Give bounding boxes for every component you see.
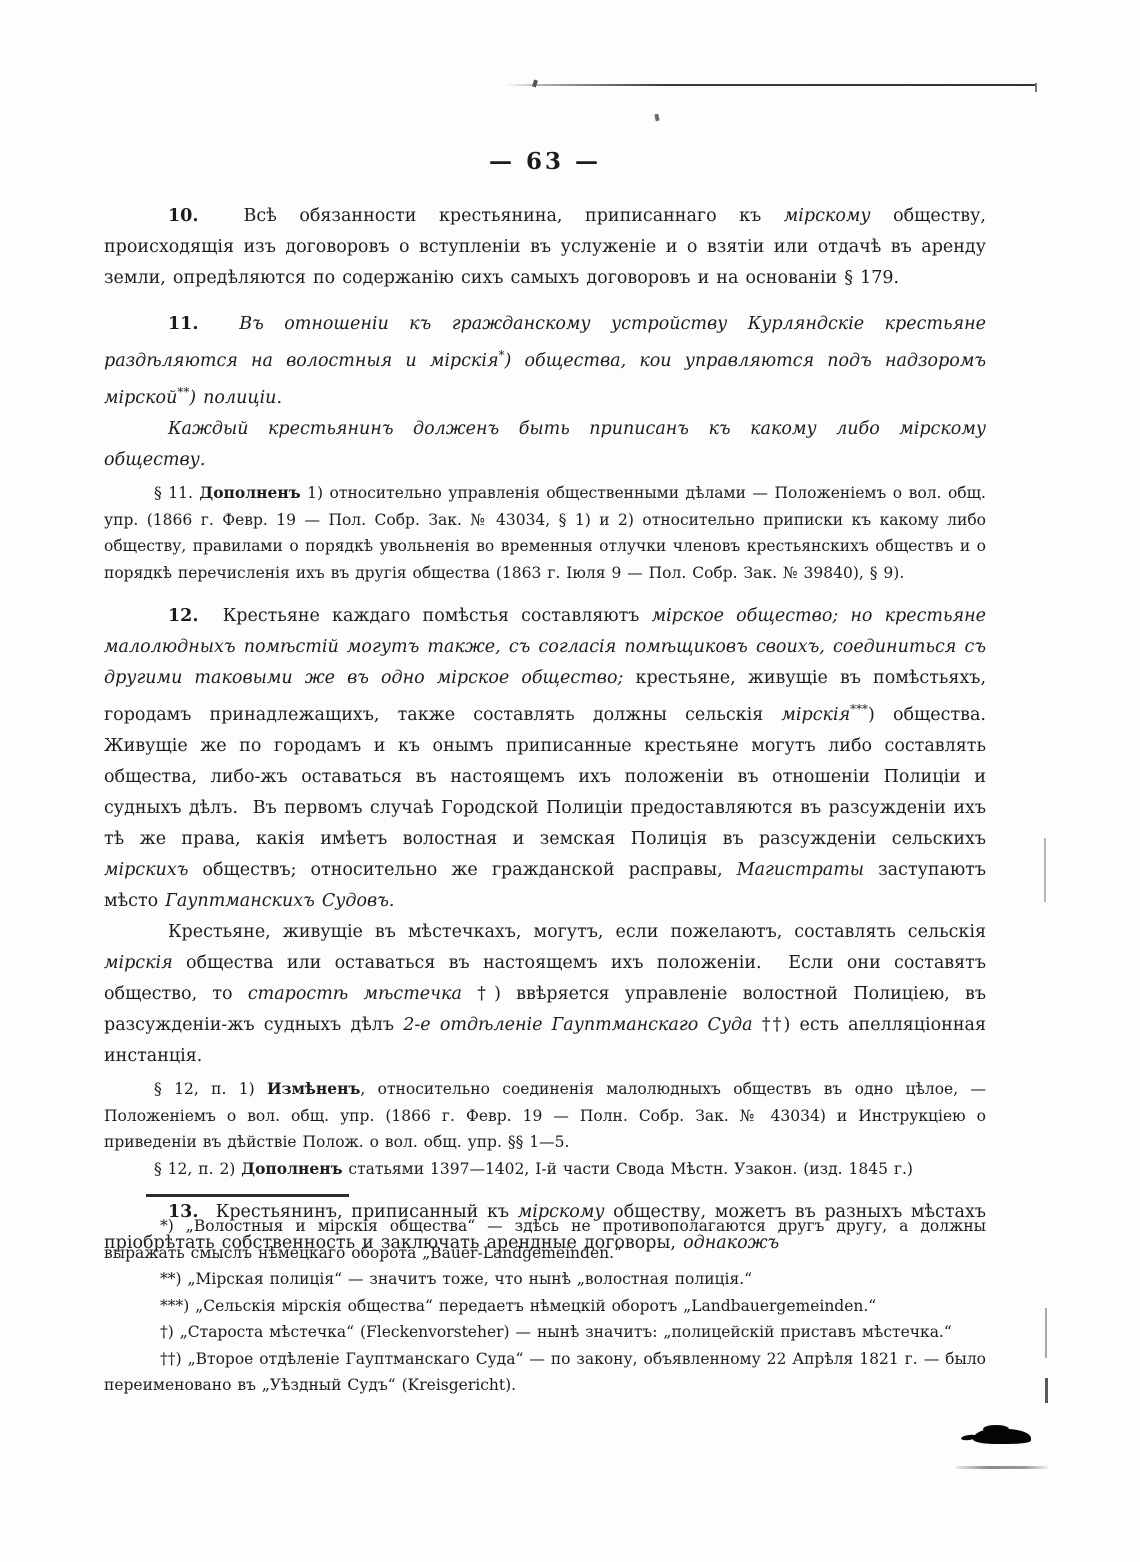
text-run: Гауптманскихъ Судовъ. (165, 891, 394, 911)
paragraph-article-11-part-2: Каждый крестьянинъ долженъ быть приписан… (104, 414, 986, 476)
text-run: мірскія (104, 953, 173, 973)
paragraph-article-10: 10. Всѣ обязанности крестьянина, приписа… (104, 201, 986, 294)
scan-artifact-top-rule-end-tick (1035, 83, 1037, 92)
text-run: § 12, п. 1) (154, 1080, 267, 1098)
text-run: *** (850, 702, 868, 716)
scan-artifact-right-edge-dark-dash (1045, 1378, 1048, 1403)
text-run: мірскому (784, 206, 871, 226)
text-run: § 11. (154, 484, 199, 502)
text-run: ) полиціи. (189, 388, 282, 408)
text-run: Дополненъ (241, 1159, 342, 1178)
paragraph-article-11-part-1: 11. Въ отношеніи къ гражданскому устройс… (104, 309, 986, 414)
footnote-dagger: †) „Староста мѣстечка“ (Fleckenvorsteher… (104, 1319, 986, 1346)
text-run: Крестьяне, живущіе въ мѣстечкахъ, могутъ… (168, 922, 993, 942)
text-run: ) общества. Живущіе же по городамъ и къ … (104, 705, 1000, 849)
scan-artifact-ink-blob (973, 1429, 1031, 1444)
text-run: 11. (168, 314, 198, 334)
text-run: обществъ; относительно же гражданской ра… (188, 860, 736, 880)
text-run: старостѣ мѣстечка (248, 984, 462, 1004)
footnote-three-stars: ***) „Сельскія мірскія общества“ передае… (104, 1293, 986, 1320)
text-run: ** (177, 385, 189, 399)
note-article-11: § 11. Дополненъ 1) относительно управлен… (104, 480, 986, 586)
book-page: — 63 — 10. Всѣ обязанности крестьянина, … (0, 0, 1140, 1562)
footnote-star: *) „Волостныя и мірскія общества“ — здѣс… (104, 1213, 986, 1266)
text-run: †) „Староста мѣстечка“ (Fleckenvorsteher… (160, 1323, 952, 1341)
text-run: мірскихъ (104, 860, 188, 880)
text-run: Крестьяне каждаго помѣстья составляютъ (198, 606, 651, 626)
scan-artifact-right-edge-line (1044, 838, 1046, 902)
text-run: ††) „Второе отдѣленіе Гауптманскаго Суда… (104, 1350, 992, 1395)
text-column: — 63 — 10. Всѣ обязанности крестьянина, … (104, 148, 986, 1259)
text-run: Измѣненъ (267, 1079, 360, 1098)
page-number: — 63 — (104, 148, 986, 175)
text-run: 12. (168, 606, 198, 626)
footnote-double-dagger: ††) „Второе отдѣленіе Гауптманскаго Суда… (104, 1346, 986, 1399)
scan-artifact-bottom-gray-line (956, 1466, 1048, 1469)
text-run: Каждый крестьянинъ долженъ быть приписан… (104, 419, 993, 470)
paragraph-article-12-part-1: 12. Крестьяне каждаго помѣстья составляю… (104, 601, 986, 917)
text-run: Всѣ обязанности крестьянина, приписаннаг… (198, 206, 783, 226)
scan-artifact-speck (654, 114, 659, 122)
footnote-two-stars: **) „Мірская полиція“ — значитъ тоже, чт… (104, 1266, 986, 1293)
footnote-separator-rule (146, 1194, 349, 1197)
paragraph-article-12-part-2: Крестьяне, живущіе въ мѣстечкахъ, могутъ… (104, 917, 986, 1072)
scan-artifact-top-rule-tick (532, 80, 538, 88)
text-run: § 12, п. 2) (154, 1160, 241, 1178)
text-run: 10. (168, 206, 198, 226)
text-run: 2-е отдѣленіе Гауптманскаго Суда (403, 1015, 752, 1035)
scan-artifact-right-edge-dash (1045, 1308, 1047, 1358)
note-article-12-point-1: § 12, п. 1) Измѣненъ, относительно соеди… (104, 1076, 986, 1156)
text-run: Магистраты (737, 860, 864, 880)
text-run: статьями 1397—1402, I-й части Свода Мѣст… (342, 1160, 912, 1178)
text-run: ***) „Сельскія мірскія общества“ передае… (160, 1297, 876, 1315)
note-article-12-point-2: § 12, п. 2) Дополненъ статьями 1397—1402… (104, 1156, 986, 1183)
text-run: мірскія (781, 705, 850, 725)
text-run: Дополненъ (199, 483, 300, 502)
scan-artifact-top-rule (505, 84, 1037, 86)
footnotes-area: *) „Волостныя и мірскія общества“ — здѣс… (104, 1213, 986, 1399)
text-run: *) „Волостныя и мірскія общества“ — здѣс… (104, 1217, 992, 1262)
text-run: **) „Мірская полиція“ — значитъ тоже, чт… (160, 1270, 752, 1288)
